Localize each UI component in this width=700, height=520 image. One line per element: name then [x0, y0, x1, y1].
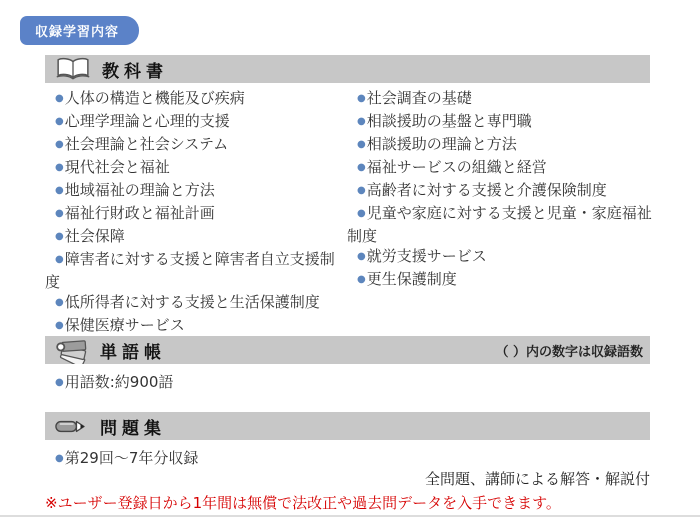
list-item-label: 障害者に対する支援と障害者自立支援制度 — [45, 250, 335, 291]
workbook-section-title: 問題集 — [100, 414, 166, 439]
list-item: ●相談援助の基盤と専門職 — [347, 111, 655, 134]
wordbook-item: ●用語数:約900語 — [45, 372, 650, 395]
wordbook-section-header: 単語帳 （ ）内の数字は収録語数 — [45, 336, 650, 364]
bullet-icon: ● — [55, 139, 65, 150]
section-badge: 収録学習内容 — [20, 16, 139, 45]
bullet-icon: ● — [55, 254, 65, 265]
wordbook-item-label: 用語数:約900語 — [65, 373, 174, 391]
list-item-label: 心理学理論と心理的支援 — [65, 112, 230, 130]
learning-content-panel: 収録学習内容 教科書 ●人体の構造と機能及び疾病 ●心理学理論と心理的支援 ●社… — [0, 0, 700, 520]
list-item: ●人体の構造と機能及び疾病 — [45, 88, 347, 111]
list-item-label: 児童や家庭に対する支援と児童・家庭福祉制度 — [347, 204, 652, 245]
bullet-icon: ● — [55, 453, 65, 464]
bullet-icon: ● — [55, 208, 65, 219]
list-item: ●心理学理論と心理的支援 — [45, 111, 347, 134]
bullet-icon: ● — [357, 162, 367, 173]
bullet-icon: ● — [55, 377, 65, 388]
free-update-warning-note: ※ユーザー登録日から1年間は無償で法改正や過去問データを入手できます。 — [45, 492, 685, 513]
list-item: ●社会保障 — [45, 226, 347, 249]
list-item: ●福祉サービスの組織と経営 — [347, 157, 655, 180]
list-item-label: 社会理論と社会システム — [65, 135, 229, 153]
list-item: ●地域福祉の理論と方法 — [45, 180, 347, 203]
list-item: ●更生保護制度 — [347, 269, 655, 292]
bullet-icon: ● — [357, 139, 367, 150]
list-item: ●就労支援サービス — [347, 246, 655, 269]
bullet-icon: ● — [357, 93, 367, 104]
list-item: ●高齢者に対する支援と介護保険制度 — [347, 180, 655, 203]
list-item-label: 高齢者に対する支援と介護保険制度 — [367, 181, 607, 199]
list-item-label: 相談援助の理論と方法 — [367, 135, 517, 153]
flashcards-icon — [54, 337, 90, 364]
textbook-section-header: 教科書 — [45, 55, 650, 83]
list-item: ●相談援助の理論と方法 — [347, 134, 655, 157]
list-item-label: 更生保護制度 — [367, 270, 457, 288]
textbook-section-title: 教科書 — [102, 57, 168, 82]
wordbook-count-note: （ ）内の数字は収録語数 — [495, 341, 650, 360]
bullet-icon: ● — [55, 116, 65, 127]
bullet-icon: ● — [357, 251, 367, 262]
list-item-label: 社会保障 — [65, 227, 125, 245]
list-item-label: 相談援助の基盤と専門職 — [367, 112, 532, 130]
list-item-label: 人体の構造と機能及び疾病 — [65, 89, 245, 107]
list-item: ●障害者に対する支援と障害者自立支援制度 — [45, 249, 347, 292]
bullet-icon: ● — [357, 116, 367, 127]
list-item: ●現代社会と福祉 — [45, 157, 347, 180]
workbook-section-header: 問題集 — [45, 412, 650, 440]
bullet-icon: ● — [55, 162, 65, 173]
textbook-list-right-column: ●社会調査の基礎 ●相談援助の基盤と専門職 ●相談援助の理論と方法 ●福祉サービ… — [347, 88, 655, 292]
workbook-item-label: 第29回～7年分収録 — [65, 449, 199, 467]
list-item-label: 社会調査の基礎 — [367, 89, 472, 107]
wordbook-section-title: 単語帳 — [100, 338, 166, 363]
bullet-icon: ● — [55, 297, 65, 308]
answers-commentary-note: 全問題、講師による解答・解説付 — [45, 468, 650, 489]
list-item: ●保健医療サービス — [45, 315, 347, 338]
open-book-icon — [54, 56, 92, 82]
list-item-label: 現代社会と福祉 — [65, 158, 170, 176]
list-item: ●児童や家庭に対する支援と児童・家庭福祉制度 — [347, 203, 655, 246]
list-item-label: 地域福祉の理論と方法 — [65, 181, 215, 199]
bullet-icon: ● — [55, 93, 65, 104]
list-item-label: 低所得者に対する支援と生活保護制度 — [65, 293, 320, 311]
list-item-label: 保健医療サービス — [65, 316, 185, 334]
list-item-label: 福祉行財政と福祉計画 — [65, 204, 215, 222]
textbook-list: ●人体の構造と機能及び疾病 ●心理学理論と心理的支援 ●社会理論と社会システム … — [45, 88, 655, 361]
bottom-divider — [0, 515, 700, 517]
list-item: ●福祉行財政と福祉計画 — [45, 203, 347, 226]
bullet-icon: ● — [357, 208, 367, 219]
bullet-icon: ● — [357, 274, 367, 285]
bullet-icon: ● — [55, 231, 65, 242]
list-item: ●社会調査の基礎 — [347, 88, 655, 111]
list-item-label: 就労支援サービス — [367, 247, 487, 265]
list-item: ●社会理論と社会システム — [45, 134, 347, 157]
bullet-icon: ● — [55, 320, 65, 331]
textbook-list-left-column: ●人体の構造と機能及び疾病 ●心理学理論と心理的支援 ●社会理論と社会システム … — [45, 88, 347, 361]
bullet-icon: ● — [55, 185, 65, 196]
pencil-icon — [54, 414, 90, 439]
bullet-icon: ● — [357, 185, 367, 196]
list-item: ●低所得者に対する支援と生活保護制度 — [45, 292, 347, 315]
list-item-label: 福祉サービスの組織と経営 — [367, 158, 547, 176]
